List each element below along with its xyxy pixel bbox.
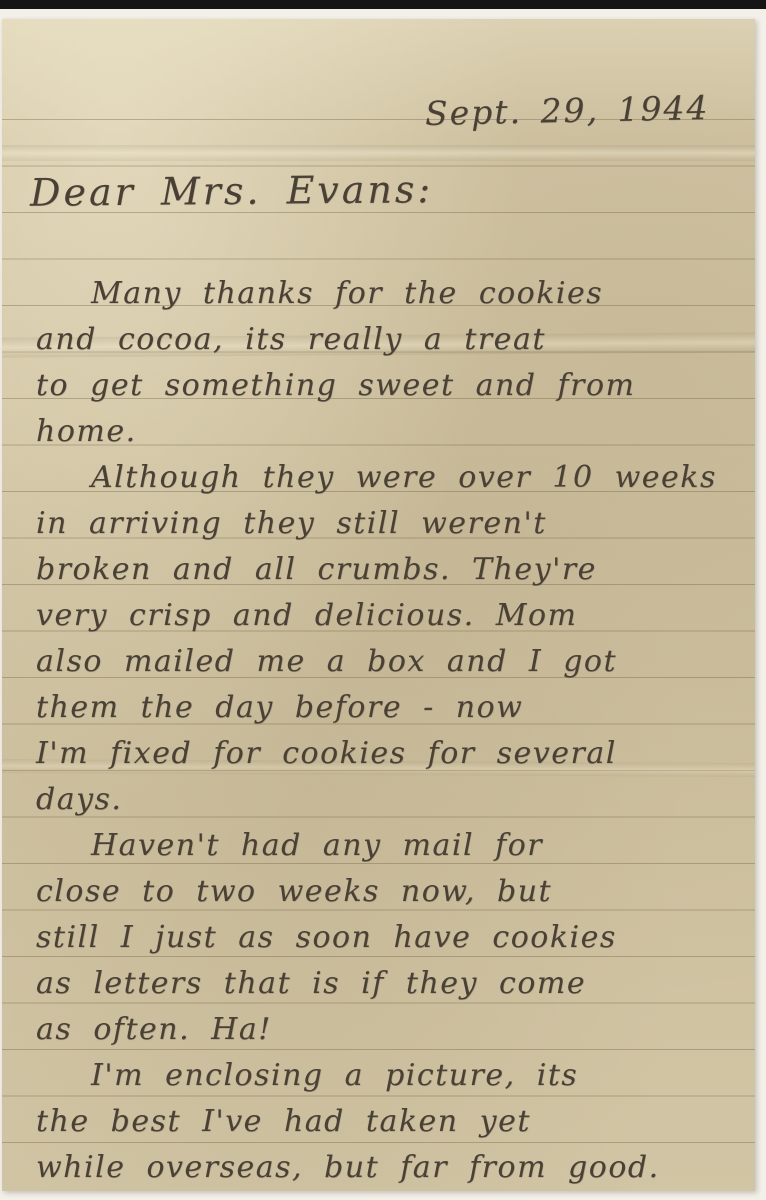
handwritten-line: while overseas, but far from good. bbox=[36, 1145, 749, 1191]
handwritten-line: close to two weeks now, but bbox=[36, 869, 749, 915]
scanner-edge bbox=[0, 0, 766, 9]
handwritten-line: Many thanks for the cookies bbox=[36, 271, 749, 317]
handwritten-line: as often. Ha! bbox=[36, 1007, 749, 1053]
handwritten-line: Although they were over 10 weeks bbox=[36, 455, 749, 501]
letter-body: Many thanks for the cookies and cocoa, i… bbox=[36, 271, 749, 1191]
handwritten-line: home. bbox=[36, 409, 749, 455]
handwritten-line: broken and all crumbs. They're bbox=[36, 547, 749, 593]
handwritten-line: still I just as soon have cookies bbox=[36, 915, 749, 961]
date-line: Sept. 29, 1944 bbox=[425, 88, 710, 133]
handwritten-line: and cocoa, its really a treat bbox=[36, 317, 749, 363]
salutation: Dear Mrs. Evans: bbox=[30, 167, 434, 215]
handwritten-line: them the day before - now bbox=[36, 685, 749, 731]
handwritten-line: very crisp and delicious. Mom bbox=[36, 593, 749, 639]
paper-crease bbox=[2, 145, 755, 161]
handwritten-line: days. bbox=[36, 777, 749, 823]
handwritten-line: the best I've had taken yet bbox=[36, 1099, 749, 1145]
handwritten-line: also mailed me a box and I got bbox=[36, 639, 749, 685]
handwritten-line: I'm enclosing a picture, its bbox=[36, 1053, 749, 1099]
handwritten-line: Haven't had any mail for bbox=[36, 823, 749, 869]
handwritten-line: as letters that is if they come bbox=[36, 961, 749, 1007]
handwritten-line: in arriving they still weren't bbox=[36, 501, 749, 547]
letter-paper: Sept. 29, 1944 Dear Mrs. Evans: Many tha… bbox=[2, 19, 755, 1191]
handwritten-line: to get something sweet and from bbox=[36, 363, 749, 409]
handwritten-line: I'm fixed for cookies for several bbox=[36, 731, 749, 777]
